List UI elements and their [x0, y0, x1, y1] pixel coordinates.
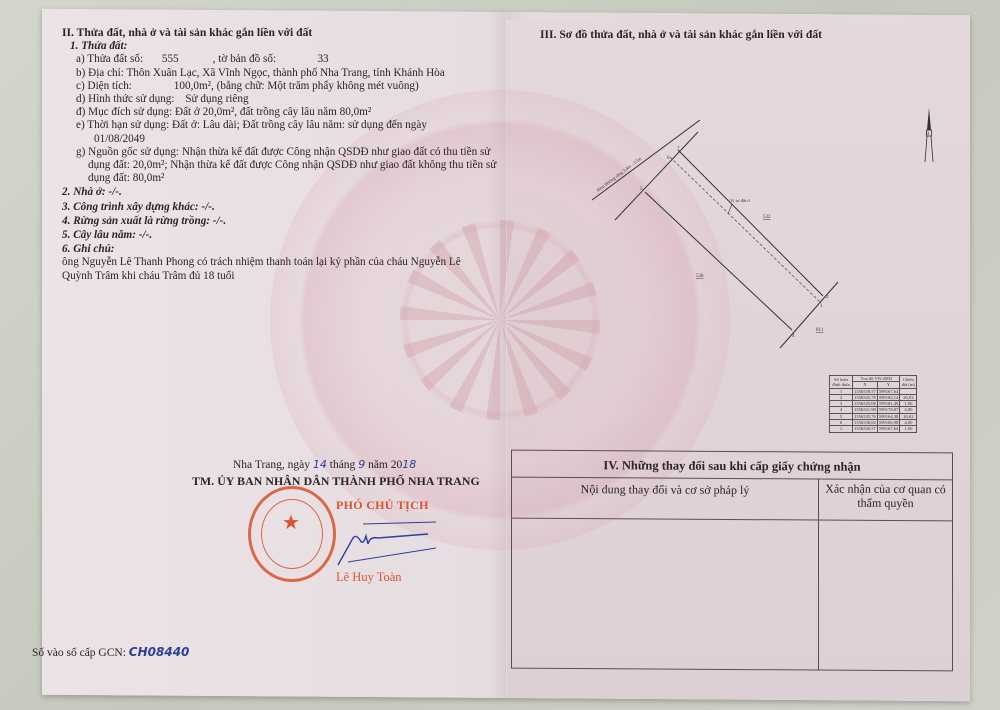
parcel-diagram: Hẻm bêtông rộng 3.4m - 3.5m Vị trí đất ở…: [580, 120, 850, 350]
registry-label: Số vào sổ cấp GCN:: [32, 647, 126, 659]
signer-role: PHÓ CHỦ TỊCH: [336, 498, 429, 513]
forest-row: 4. Rừng sản xuất là rừng trồng: -/-.: [62, 215, 502, 228]
use-form-value: Sử dụng riêng: [185, 93, 248, 105]
month-label: tháng: [330, 459, 356, 471]
other-construction-row: 3. Công trình xây dựng khác: -/-.: [62, 201, 502, 214]
term-label: e) Thời hạn sử dụng:: [76, 119, 169, 131]
use-form-row: d) Hình thức sử dụng: Sử dụng riêng: [76, 93, 502, 106]
perennial-row: 5. Cây lâu năm: -/-.: [62, 229, 502, 242]
page-fold: [505, 12, 508, 698]
parcel-no: 555: [162, 53, 210, 66]
neighbor-532: 532: [763, 215, 771, 220]
term-date: 01/08/2049: [94, 133, 502, 146]
north-arrow-icon: B: [922, 108, 936, 164]
coord-header-length: Chiều dài (m): [900, 376, 917, 389]
issue-date: Nha Trang, ngày 14 tháng 9 năm 2018: [233, 458, 416, 471]
position-label: Vị trí đất ở: [730, 198, 750, 203]
origin-row: g) Nguồn gốc sử dụng: Nhận thừa kế đất đ…: [76, 146, 508, 186]
parcel-row: a) Thửa đất số: 555 , tờ bản đồ số: 33: [76, 53, 502, 66]
signer-name: Lê Huy Toàn: [336, 570, 402, 585]
area-value: 100,0m², (bằng chữ: Một trăm phẩy không …: [174, 80, 419, 92]
section-title-ii: II. Thửa đất, nhà ở và tài sản khác gắn …: [62, 26, 502, 39]
date-prefix: Nha Trang, ngày: [233, 459, 310, 471]
year-label: năm 20: [368, 459, 402, 471]
seal-star-icon: ★: [282, 510, 300, 535]
note-heading: 6. Ghi chú:: [62, 243, 502, 256]
changes-table: IV. Những thay đổi sau khi cấp giấy chứn…: [511, 450, 953, 672]
parcel-label: a) Thửa đất số:: [76, 53, 143, 65]
use-form-label: d) Hình thức sử dụng:: [76, 93, 175, 105]
coord-row: 11356539,57599167,641,00: [830, 426, 917, 432]
note-text: ông Nguyễn Lê Thanh Phong có trách nhiệm…: [62, 256, 462, 282]
changes-header-row: Nội dung thay đổi và cơ sở pháp lý Xác n…: [512, 478, 952, 522]
changes-col-confirmation: Xác nhận của cơ quan có thẩm quyền: [819, 480, 952, 521]
purpose-label: đ) Mục đích sử dụng:: [76, 106, 172, 118]
date-year: 18: [402, 458, 416, 471]
address-label: b) Địa chỉ:: [76, 67, 124, 79]
term-value: Đất ở: Lâu dài; Đất trồng cây lâu năm: s…: [172, 119, 427, 131]
date-day: 14: [313, 458, 327, 471]
registry-number-row: Số vào sổ cấp GCN: CH08440: [32, 645, 189, 659]
svg-text:4: 4: [792, 334, 795, 339]
svg-text:1: 1: [820, 304, 823, 309]
changes-col-content: Nội dung thay đổi và cơ sở pháp lý: [512, 478, 819, 520]
road-label: Hẻm bêtông rộng 3.4m - 3.5m: [596, 156, 643, 193]
area-label: c) Diện tích:: [76, 80, 171, 93]
purpose-value: Đất ở 20,0m², đất trồng cây lâu năm 80,0…: [175, 106, 371, 118]
section-title-iii: III. Sơ đồ thửa đất, nhà ở và tài sản kh…: [540, 28, 822, 41]
land-info-section: II. Thửa đất, nhà ở và tài sản khác gắn …: [62, 26, 502, 283]
map-sheet-label: , tờ bản đồ số:: [213, 53, 315, 66]
svg-text:2: 2: [826, 295, 829, 300]
house-row: 2. Nhà ở: -/-.: [62, 186, 502, 199]
changes-content-cell: [512, 519, 819, 670]
changes-body: [512, 519, 952, 671]
neighbor-536: 536: [696, 274, 704, 279]
address-row: b) Địa chỉ: Thôn Xuân Lạc, Xã Vĩnh Ngọc,…: [76, 67, 502, 80]
svg-text:6: 6: [667, 156, 670, 161]
land-heading: 1. Thửa đất:: [70, 40, 502, 53]
purpose-row: đ) Mục đích sử dụng: Đất ở 20,0m², đất t…: [76, 106, 502, 119]
issuing-authority: TM. ỦY BAN NHÂN DÂN THÀNH PHỐ NHA TRANG: [192, 474, 480, 489]
map-sheet-no: 33: [317, 53, 328, 65]
origin-label: g) Nguồn gốc sử dụng:: [76, 146, 179, 158]
term-row: e) Thời hạn sử dụng: Đất ở: Lâu dài; Đất…: [76, 119, 502, 132]
signature-icon: [318, 520, 438, 570]
coord-header-vertex: Số hiệu đỉnh thửa: [830, 376, 853, 389]
area-row: c) Diện tích: 100,0m², (bằng chữ: Một tr…: [76, 80, 502, 93]
neighbor-811: 811: [816, 328, 824, 333]
coordinate-table: Số hiệu đỉnh thửa Tọa độ VN-2000 Chiều d…: [829, 375, 917, 433]
date-month: 9: [358, 458, 365, 471]
changes-title: IV. Những thay đổi sau khi cấp giấy chứn…: [512, 451, 952, 481]
registry-number: CH08440: [129, 645, 190, 659]
address-value: Thôn Xuân Lạc, Xã Vĩnh Ngọc, thành phố N…: [126, 67, 444, 79]
